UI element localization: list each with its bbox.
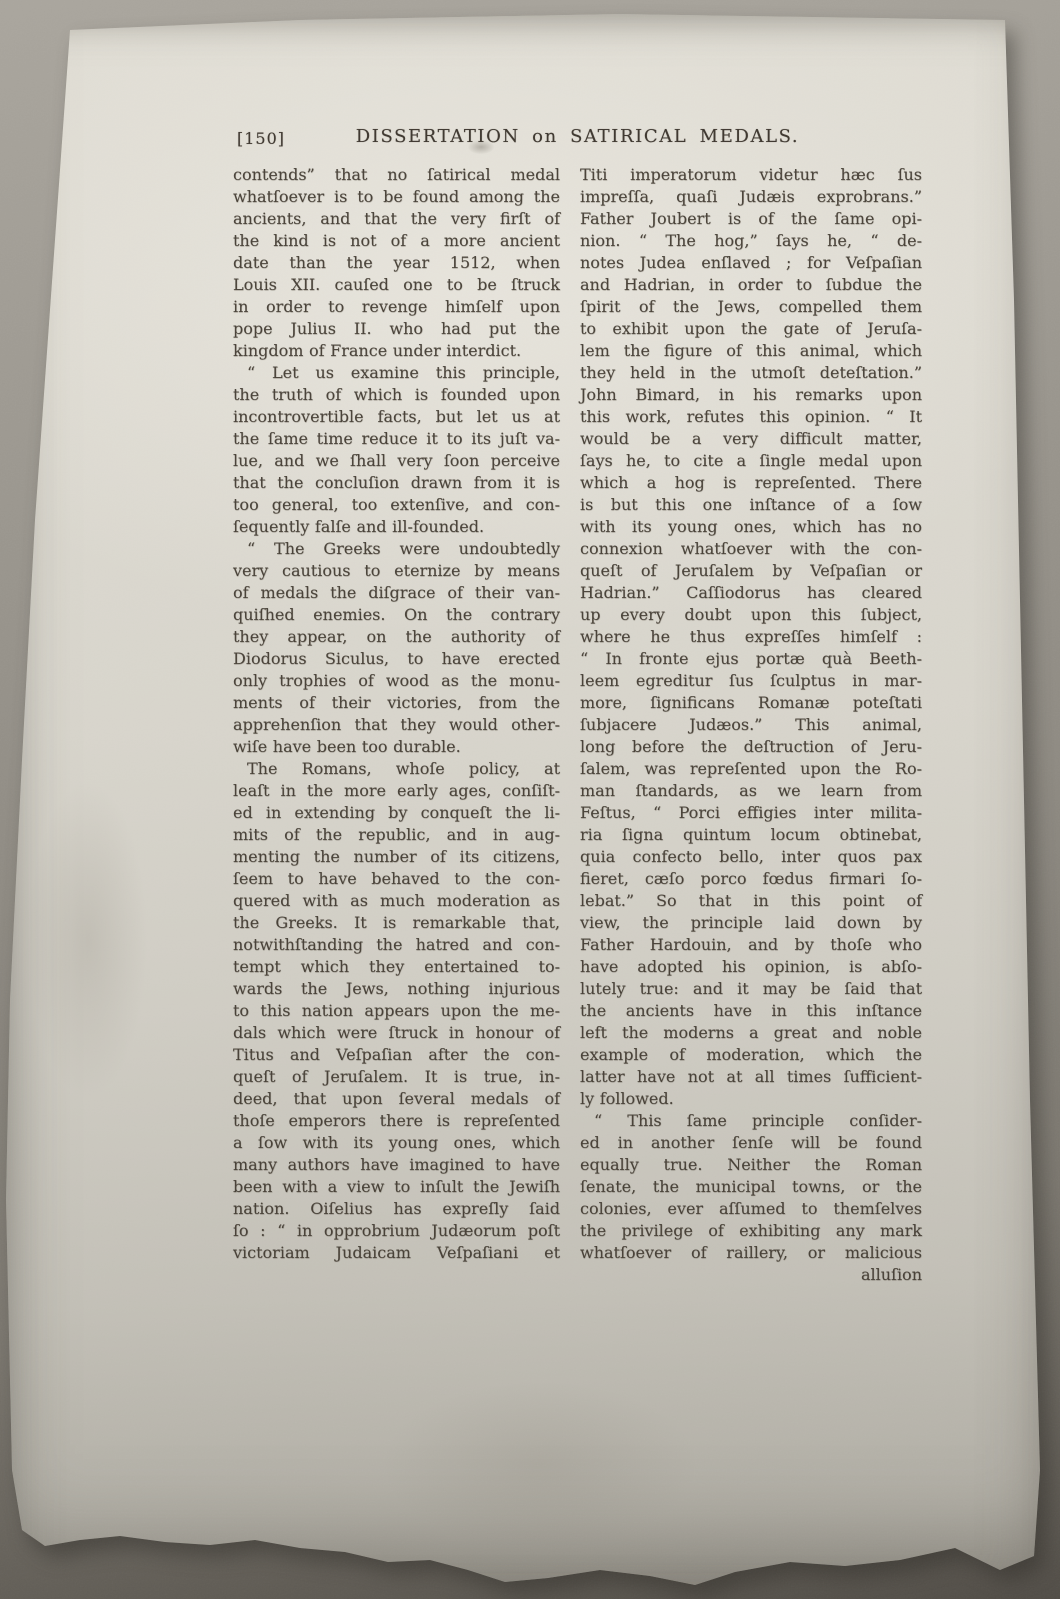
text-line: whatſoever of raillery, or malicious — [580, 1242, 922, 1264]
text-line: ments of their victories, from the — [233, 692, 560, 714]
text-line: a ſow with its young ones, which — [233, 1132, 560, 1154]
text-line: John Bimard, in his remarks upon — [580, 384, 922, 406]
text-line: ed in another ſenſe will be found — [580, 1132, 922, 1154]
text-line: “ Let us examine this principle, — [233, 362, 560, 384]
text-line: ſpirit of the Jews, compelled them — [580, 296, 922, 318]
text-line: nation. Oiſelius has expreſly ſaid — [233, 1198, 560, 1220]
text-line: that the concluſion drawn from it is — [233, 472, 560, 494]
paper-sheet: [150] DISSERTATION on SATIRICAL MEDALS. … — [0, 0, 1060, 1599]
text-line: deed, that upon ſeveral medals of — [233, 1088, 560, 1110]
text-line: pope Julius II. who had put the — [233, 318, 560, 340]
text-line: Titus and Veſpaſian after the con- — [233, 1044, 560, 1066]
text-line: to this nation appears upon the me- — [233, 1000, 560, 1022]
text-line: victoriam Judaicam Veſpaſiani et — [233, 1242, 560, 1264]
text-line: incontrovertible facts, but let us at — [233, 406, 560, 428]
text-line: lem the figure of this animal, which — [580, 340, 922, 362]
text-line: and Hadrian, in order to ſubdue the — [580, 274, 922, 296]
text-line: connexion whatſoever with the con- — [580, 538, 922, 560]
text-line: lutely true: and it may be ſaid that — [580, 978, 922, 1000]
text-line: of medals the diſgrace of their van- — [233, 582, 560, 604]
text-line: whatſoever is to be found among the — [233, 186, 560, 208]
text-line: quered with as much moderation as — [233, 890, 560, 912]
text-line: example of moderation, which the — [580, 1044, 922, 1066]
text-line: more, ſignificans Romanæ poteſtati — [580, 692, 922, 714]
text-line: queſt of Jeruſalem by Veſpaſian or — [580, 560, 922, 582]
text-line: to exhibit upon the gate of Jeruſa- — [580, 318, 922, 340]
paper-shadow: [150] DISSERTATION on SATIRICAL MEDALS. … — [0, 0, 1060, 1599]
text-line: menting the number of its citizens, — [233, 846, 560, 868]
text-line: would be a very difficult matter, — [580, 428, 922, 450]
text-line: wiſe have been too durable. — [233, 736, 560, 758]
text-line: view, the principle laid down by — [580, 912, 922, 934]
page-header: [150] DISSERTATION on SATIRICAL MEDALS. — [233, 126, 922, 147]
text-line: date than the year 1512, when — [233, 252, 560, 274]
text-line: the kind is not of a more ancient — [233, 230, 560, 252]
text-line: apprehenſion that they would other- — [233, 714, 560, 736]
text-line: the truth of which is founded upon — [233, 384, 560, 406]
text-line: latter have not at all times ſufficient- — [580, 1066, 922, 1088]
text-line: queſt of Jeruſalem. It is true, in- — [233, 1066, 560, 1088]
text-line: lebat.” So that in this point of — [580, 890, 922, 912]
text-line: ly followed. — [580, 1088, 922, 1110]
text-line: ſo : “ in opprobrium Judæorum poſt — [233, 1220, 560, 1242]
text-line: Father Hardouin, and by thoſe who — [580, 934, 922, 956]
text-line: nion. “ The hog,” ſays he, “ de- — [580, 230, 922, 252]
text-line: ria ſigna quintum locum obtinebat, — [580, 824, 922, 846]
text-line: leaſt in the more early ages, conſiſt- — [233, 780, 560, 802]
text-line: ſeem to have behaved to the con- — [233, 868, 560, 890]
text-line: colonies, ever aſſumed to themſelves — [580, 1198, 922, 1220]
text-line: the privilege of exhibiting any mark — [580, 1220, 922, 1242]
text-line: Father Joubert is of the ſame opi- — [580, 208, 922, 230]
text-line: leem egreditur ſus ſculptus in mar- — [580, 670, 922, 692]
text-line: ed in extending by conqueſt the li- — [233, 802, 560, 824]
text-line: ancients, and that the very firſt of — [233, 208, 560, 230]
text-line: they held in the utmoſt deteſtation.” — [580, 362, 922, 384]
text-line: quiſhed enemies. On the contrary — [233, 604, 560, 626]
text-line: the ancients have in this inſtance — [580, 1000, 922, 1022]
text-line: impreſſa, quaſi Judæis exprobrans.” — [580, 186, 922, 208]
text-line: man ſtandards, as we learn from — [580, 780, 922, 802]
text-line: thoſe emperors there is repreſented — [233, 1110, 560, 1132]
text-line: “ The Greeks were undoubtedly — [233, 538, 560, 560]
text-line: ſequently falſe and ill-founded. — [233, 516, 560, 538]
text-line: the ſame time reduce it to its juſt va- — [233, 428, 560, 450]
text-column-right: Titi imperatorum videtur hæc ſusimpreſſa… — [580, 164, 922, 1286]
text-line: is but this one inſtance of a ſow — [580, 494, 922, 516]
text-line: left the moderns a great and noble — [580, 1022, 922, 1044]
text-line: tempt which they entertained to- — [233, 956, 560, 978]
text-line: this work, refutes this opinion. “ It — [580, 406, 922, 428]
text-line: the Greeks. It is remarkable that, — [233, 912, 560, 934]
text-line: up every doubt upon this ſubject, — [580, 604, 922, 626]
text-line: many authors have imagined to have — [233, 1154, 560, 1176]
text-line: The Romans, whoſe policy, at — [233, 758, 560, 780]
text-line: alluſion — [580, 1264, 922, 1286]
page-number: [150] — [237, 129, 285, 148]
page-content: [150] DISSERTATION on SATIRICAL MEDALS. … — [0, 0, 1060, 1599]
text-line: too general, too extenſive, and con- — [233, 494, 560, 516]
text-line: very cautious to eternize by means — [233, 560, 560, 582]
text-line: Louis XII. cauſed one to be ſtruck — [233, 274, 560, 296]
text-line: Hadrian.” Caſſiodorus has cleared — [580, 582, 922, 604]
text-line: ſalem, was repreſented upon the Ro- — [580, 758, 922, 780]
text-line: ſubjacere Judæos.” This animal, — [580, 714, 922, 736]
text-line: which a hog is repreſented. There — [580, 472, 922, 494]
text-line: in order to revenge himſelf upon — [233, 296, 560, 318]
text-column-left: contends” that no ſatirical medalwhatſoe… — [233, 164, 560, 1264]
page-title: DISSERTATION on SATIRICAL MEDALS. — [356, 126, 800, 147]
text-line: only trophies of wood as the monu- — [233, 670, 560, 692]
text-line: long before the deſtruction of Jeru- — [580, 736, 922, 758]
photo-background: [150] DISSERTATION on SATIRICAL MEDALS. … — [0, 0, 1060, 1599]
text-line: with its young ones, which has no — [580, 516, 922, 538]
text-line: lue, and we ſhall very ſoon perceive — [233, 450, 560, 472]
text-line: “ In fronte ejus portæ quà Beeth- — [580, 648, 922, 670]
text-line: where he thus expreſſes himſelf : — [580, 626, 922, 648]
text-line: kingdom of France under interdict. — [233, 340, 560, 362]
text-line: Feſtus, “ Porci effigies inter milita- — [580, 802, 922, 824]
text-line: mits of the republic, and in aug- — [233, 824, 560, 846]
text-line: fieret, cæſo porco fœdus firmari ſo- — [580, 868, 922, 890]
text-line: been with a view to inſult the Jewiſh — [233, 1176, 560, 1198]
text-line: contends” that no ſatirical medal — [233, 164, 560, 186]
text-line: they appear, on the authority of — [233, 626, 560, 648]
text-line: notwithſtanding the hatred and con- — [233, 934, 560, 956]
text-line: Titi imperatorum videtur hæc ſus — [580, 164, 922, 186]
text-line: quia confecto bello, inter quos pax — [580, 846, 922, 868]
text-line: dals which were ſtruck in honour of — [233, 1022, 560, 1044]
text-line: equally true. Neither the Roman — [580, 1154, 922, 1176]
text-line: Diodorus Siculus, to have erected — [233, 648, 560, 670]
text-line: ſenate, the municipal towns, or the — [580, 1176, 922, 1198]
text-line: “ This ſame principle conſider- — [580, 1110, 922, 1132]
text-line: ſays he, to cite a ſingle medal upon — [580, 450, 922, 472]
text-line: notes Judea enſlaved ; for Veſpaſian — [580, 252, 922, 274]
text-line: wards the Jews, nothing injurious — [233, 978, 560, 1000]
text-line: have adopted his opinion, is abſo- — [580, 956, 922, 978]
